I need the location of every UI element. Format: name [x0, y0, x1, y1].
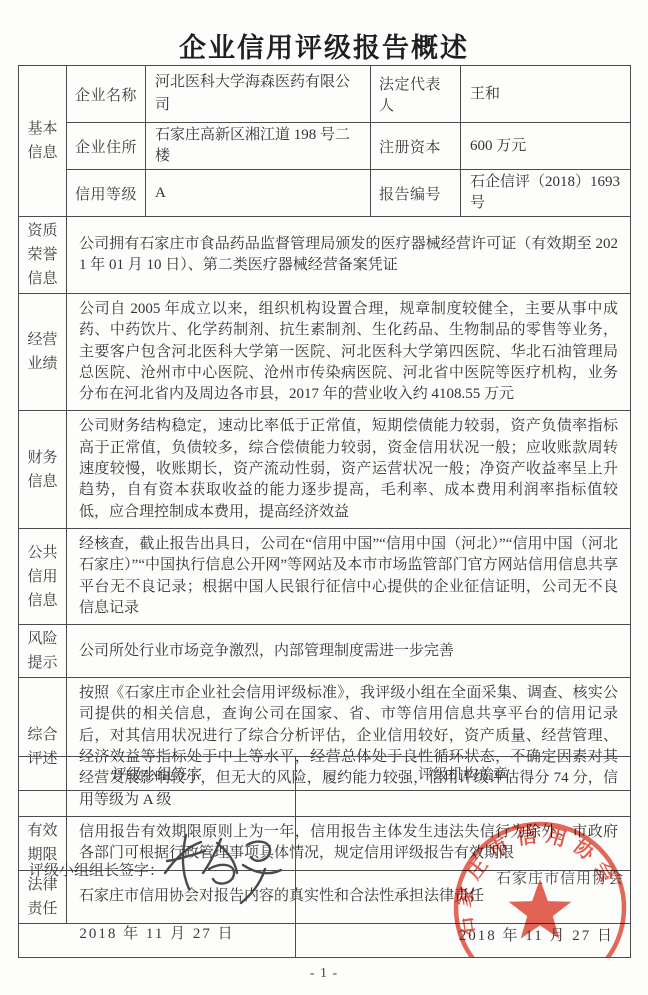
table-row: 基本信息 企业名称 河北医科大学海森医药有限公司 法定代表人 王和: [19, 66, 631, 123]
page-title: 企业信用评级报告概述: [0, 26, 648, 65]
signature-date-left: 2018 年 11 月 27 日: [19, 922, 295, 943]
table-row: 评级小组组长签字： 2018 年 11 月 27 日: [19, 791, 631, 958]
signature-left-header: 评级小组签字: [19, 757, 296, 791]
field-label-legal-representative: 法定代表人: [371, 66, 461, 123]
rating-team-signature-cell: 评级小组组长签字： 2018 年 11 月 27 日: [19, 791, 296, 958]
section-text-financial-info: 公司财务结构稳定，速动比率低于正常值，短期偿债能力较弱，资产负债率指标高于正常值…: [67, 411, 631, 528]
table-row: 风险提示 公司所处行业市场竞争激烈，内部管理制度需进一步完善: [19, 625, 631, 678]
field-label-report-number: 报告编号: [371, 170, 461, 217]
table-row: 评级小组签字 评级机构盖章: [19, 757, 631, 791]
section-label-financial-info: 财务信息: [19, 411, 67, 528]
section-label-public-credit: 公共信用信息: [19, 528, 67, 624]
field-value-report-number: 石企信评（2018）1693 号: [461, 170, 631, 217]
section-label-qualifications: 资质荣誉信息: [19, 217, 67, 294]
page-number: - 1 -: [0, 966, 648, 982]
team-leader-signature-label: 评级小组组长签字：: [29, 859, 164, 880]
table-row: 财务信息 公司财务结构稳定，速动比率低于正常值，短期偿债能力较弱，资产负债率指标…: [19, 411, 631, 528]
section-text-risk-warning: 公司所处行业市场竞争激烈，内部管理制度需进一步完善: [67, 625, 631, 678]
field-value-legal-representative: 王和: [461, 66, 631, 123]
section-label-business-performance: 经营业绩: [19, 294, 67, 411]
field-value-registered-capital: 600 万元: [461, 123, 631, 170]
field-label-company-address: 企业住所: [67, 123, 146, 170]
table-row: 资质荣誉信息 公司拥有石家庄市食品药品监督管理局颁发的医疗器械经营许可证（有效期…: [19, 217, 631, 294]
section-label-basic-info: 基本信息: [19, 66, 67, 217]
agency-name-text: 石家庄市信用协会: [496, 867, 624, 888]
section-text-public-credit: 经核查，截止报告出具日，公司在“信用中国”“信用中国（河北）”“信用中国（河北石…: [67, 528, 631, 624]
table-row: 公共信用信息 经核查，截止报告出具日，公司在“信用中国”“信用中国（河北）”“信…: [19, 528, 631, 624]
credit-rating-report-page: 企业信用评级报告概述 基本信息 企业名称 河北医科大学海森医药有限公司 法定代表…: [0, 0, 648, 995]
field-label-registered-capital: 注册资本: [371, 123, 461, 170]
field-value-credit-grade: A: [146, 170, 371, 217]
signature-date-right: 2018 年 11 月 27 日: [459, 924, 614, 945]
rating-agency-seal-cell: 石家庄市信用协会 石家庄市信用协会 301022300: [296, 791, 631, 958]
field-value-company-address: 石家庄高新区湘江道 198 号二楼: [146, 123, 371, 170]
section-text-qualifications: 公司拥有石家庄市食品药品监督管理局颁发的医疗器械经营许可证（有效期至 2021 …: [67, 217, 631, 294]
table-row: 信用等级 A 报告编号 石企信评（2018）1693 号: [19, 170, 631, 217]
table-row: 经营业绩 公司自 2005 年成立以来，组织机构设置合理，规章制度较健全，主要从…: [19, 294, 631, 411]
field-label-credit-grade: 信用等级: [67, 170, 146, 217]
table-row: 企业住所 石家庄高新区湘江道 198 号二楼 注册资本 600 万元: [19, 123, 631, 170]
handwritten-signature: [159, 829, 289, 907]
field-value-company-name: 河北医科大学海森医药有限公司: [146, 66, 371, 123]
field-label-company-name: 企业名称: [67, 66, 146, 123]
signature-right-header: 评级机构盖章: [296, 757, 631, 791]
section-text-business-performance: 公司自 2005 年成立以来，组织机构设置合理，规章制度较健全，主要从事中成药、…: [67, 294, 631, 411]
section-label-risk-warning: 风险提示: [19, 625, 67, 678]
signature-table: 评级小组签字 评级机构盖章 评级小组组长签字：: [18, 756, 631, 958]
